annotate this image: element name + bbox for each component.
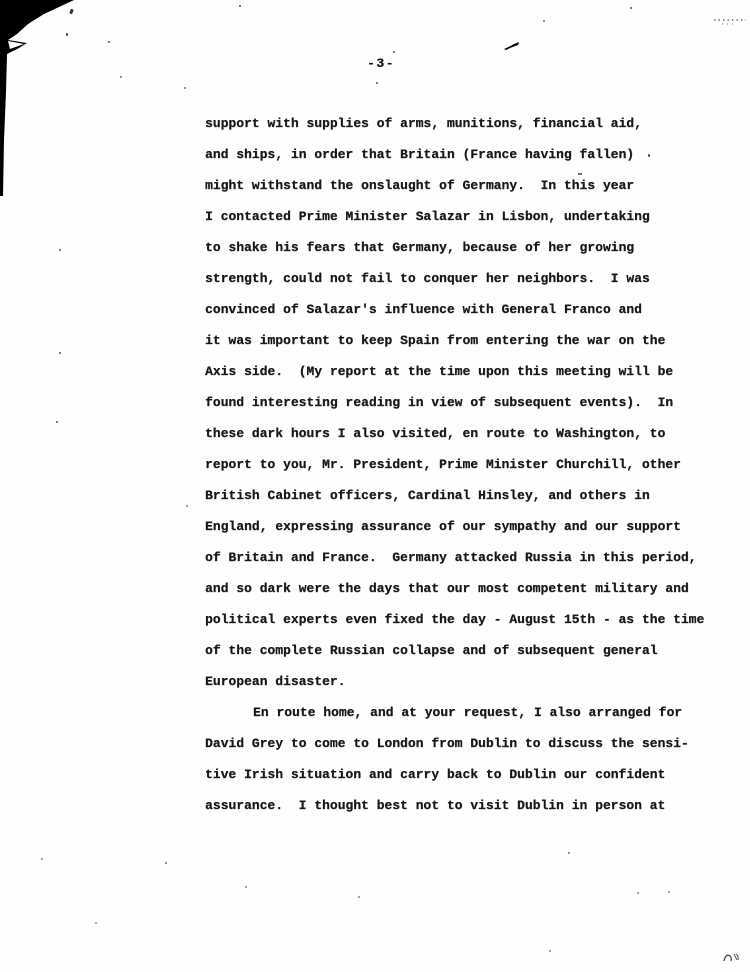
- faint-scribble-mark: [714, 19, 746, 21]
- text-line: I contacted Prime Minister Salazar in Li…: [205, 201, 730, 232]
- scan-speck: [165, 862, 167, 864]
- text-line: of the complete Russian collapse and of …: [205, 635, 730, 666]
- paragraph-1: support with supplies of arms, munitions…: [205, 108, 730, 697]
- text-line: political experts even fixed the day - A…: [205, 604, 730, 635]
- text-line: European disaster.: [205, 666, 730, 697]
- scan-speck: [66, 33, 68, 36]
- scan-speck: [543, 20, 545, 22]
- text-line: it was important to keep Spain from ente…: [205, 325, 730, 356]
- scan-speck: [108, 41, 110, 43]
- scan-speck: [32, 13, 34, 15]
- text-line: and ships, in order that Britain (France…: [205, 139, 730, 170]
- letter-body: support with supplies of arms, munitions…: [205, 108, 730, 821]
- scan-speck: [568, 852, 570, 854]
- page-number: -3-: [367, 56, 395, 71]
- scan-speck: [358, 896, 360, 898]
- scan-speck: [393, 51, 395, 53]
- text-line: report to you, Mr. President, Prime Mini…: [205, 449, 730, 480]
- text-line: tive Irish situation and carry back to D…: [205, 759, 730, 790]
- text-line: these dark hours I also visited, en rout…: [205, 418, 730, 449]
- scan-speck: [56, 421, 58, 423]
- scan-speck: [245, 886, 247, 888]
- faint-scribble-mark: [722, 23, 736, 25]
- text-line: Axis side. (My report at the time upon t…: [205, 356, 730, 387]
- scan-speck: [630, 7, 632, 9]
- scan-speck: [239, 5, 241, 7]
- text-line: of Britain and France. Germany attacked …: [205, 542, 730, 573]
- text-line: England, expressing assurance of our sym…: [205, 511, 730, 542]
- scan-speck: [578, 173, 582, 175]
- text-line: strength, could not fail to conquer her …: [205, 263, 730, 294]
- scan-speck: [186, 505, 188, 507]
- scan-speck: [549, 950, 551, 952]
- text-line: support with supplies of arms, munitions…: [205, 108, 730, 139]
- text-line: to shake his fears that Germany, because…: [205, 232, 730, 263]
- scan-speck: [95, 922, 97, 924]
- scan-speck: [59, 249, 61, 251]
- scan-speck: [41, 858, 43, 860]
- text-line: found interesting reading in view of sub…: [205, 387, 730, 418]
- text-line: convinced of Salazar's influence with Ge…: [205, 294, 730, 325]
- pen-swoosh-mark: [503, 41, 521, 51]
- paragraph-2: En route home, and at your request, I al…: [205, 697, 730, 821]
- scan-corner-artifact: [0, 0, 90, 200]
- text-line: assurance. I thought best not to visit D…: [205, 790, 730, 821]
- scanned-letter-page: -3- support with supplies of arms, munit…: [0, 0, 750, 972]
- text-line: might withstand the onslaught of Germany…: [205, 170, 730, 201]
- scan-speck: [637, 892, 639, 894]
- scan-speck: [648, 154, 650, 157]
- text-line: David Grey to come to London from Dublin…: [205, 728, 730, 759]
- squiggle-mark: [722, 950, 742, 964]
- scan-speck: [59, 352, 61, 354]
- scan-speck: [376, 82, 378, 84]
- scan-speck: [668, 891, 670, 893]
- scan-speck: [184, 87, 186, 89]
- text-line: British Cabinet officers, Cardinal Hinsl…: [205, 480, 730, 511]
- text-line: En route home, and at your request, I al…: [205, 697, 730, 728]
- scan-speck: [120, 76, 122, 78]
- text-line: and so dark were the days that our most …: [205, 573, 730, 604]
